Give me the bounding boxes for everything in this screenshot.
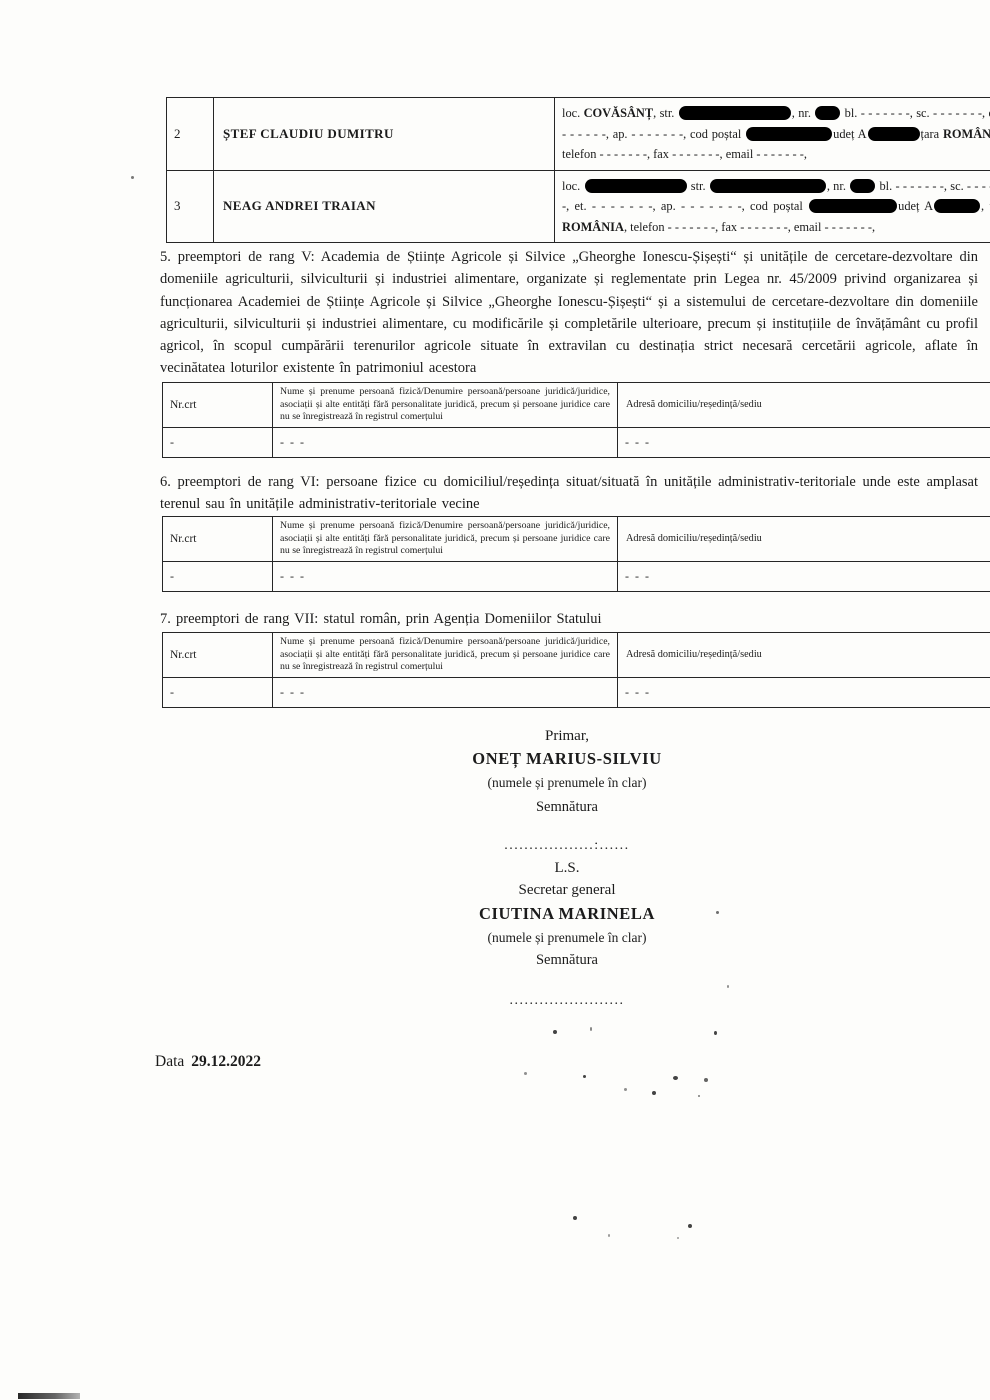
cell-address: - - - [618, 427, 990, 457]
redaction-box [585, 179, 687, 193]
scan-speck [714, 1031, 717, 1035]
signature-dotted-line: ..................:...... [159, 838, 975, 854]
rank-v-table: Nr.crt Nume și prenume persoană fizică/D… [162, 382, 990, 458]
paragraph-rank-vi: 6. preemptori de rang VI: persoane fizic… [160, 471, 978, 516]
table-row: 3 NEAG ANDREI TRAIAN loc. str. , nr. bl.… [167, 170, 990, 243]
col-header-address: Adresă domiciliu/reședință/sediu [618, 633, 990, 678]
redaction-box [934, 199, 980, 213]
mayor-name: ONEȚ MARIUS-SILVIU [159, 749, 975, 769]
secretary-title: Secretar general [159, 882, 975, 899]
scan-speck [583, 1075, 586, 1078]
redaction-box [868, 127, 920, 141]
secretary-name: CIUTINA MARINELA [159, 904, 975, 924]
preemptor-address: loc. str. , nr. bl. - - - - - - -, sc. -… [555, 170, 990, 243]
table-header-row: Nr.crt Nume și prenume persoană fizică/D… [163, 517, 990, 562]
redaction-box [815, 106, 840, 120]
scan-speck [677, 1237, 679, 1239]
signature-dotted-line: ....................... [159, 993, 975, 1009]
col-header-name: Nume și prenume persoană fizică/Denumire… [273, 383, 618, 428]
col-header-name: Nume și prenume persoană fizică/Denumire… [273, 633, 618, 678]
table-header-row: Nr.crt Nume și prenume persoană fizică/D… [163, 633, 990, 678]
scan-speck [573, 1216, 577, 1220]
name-clarity-note: (numele și prenumele în clar) [159, 930, 975, 946]
scan-edge-smudge [18, 1393, 80, 1399]
rank-vi-table: Nr.crt Nume și prenume persoană fizică/D… [162, 516, 990, 592]
cell-address: - - - [618, 677, 990, 707]
scan-speck [688, 1224, 692, 1228]
scan-speck [716, 911, 719, 914]
row-number: 3 [167, 170, 214, 243]
address-text-run: COVĂSÂNȚ [584, 106, 654, 120]
cell-nrcrt: - [163, 677, 273, 707]
address-text-run: , str. [653, 106, 678, 120]
preemptors-list-table: 2 ȘTEF CLAUDIU DUMITRU loc. COVĂSÂNȚ, st… [166, 97, 990, 243]
address-text-run: udeț A [898, 199, 933, 213]
cell-name: - - - [273, 561, 618, 591]
cell-address: - - - [618, 561, 990, 591]
paragraph-rank-v: 5. preemptori de rang V: Academia de Ști… [160, 246, 978, 380]
scan-speck [524, 1072, 527, 1075]
row-number: 2 [167, 98, 214, 171]
preemptor-address: loc. COVĂSÂNȚ, str. , nr. bl. - - - - - … [555, 98, 990, 171]
scan-speck [698, 1095, 700, 1097]
cell-nrcrt: - [163, 427, 273, 457]
address-text-run: loc. [562, 179, 584, 193]
table-row: - - - - - - - [163, 427, 990, 457]
ls-stamp-label: L.S. [159, 860, 975, 877]
redaction-box [809, 199, 897, 213]
scan-speck [624, 1088, 627, 1091]
scan-speck [704, 1078, 708, 1082]
address-text-run: , nr. [792, 106, 815, 120]
address-text-run: ROMÂNIA [943, 127, 990, 141]
address-text-run: loc. [562, 106, 584, 120]
address-text-run: , nr. [827, 179, 849, 193]
col-header-address: Adresă domiciliu/reședință/sediu [618, 517, 990, 562]
address-text-run: țara [921, 127, 943, 141]
date-value: 29.12.2022 [191, 1053, 261, 1070]
col-header-address: Adresă domiciliu/reședință/sediu [618, 383, 990, 428]
cell-name: - - - [273, 677, 618, 707]
address-text-run: , telefon - - - - - - -, fax - - - - - -… [624, 220, 875, 234]
redaction-box [679, 106, 791, 120]
preemptor-name: ȘTEF CLAUDIU DUMITRU [214, 98, 555, 171]
table-header-row: Nr.crt Nume și prenume persoană fizică/D… [163, 383, 990, 428]
rank-vii-table: Nr.crt Nume și prenume persoană fizică/D… [162, 632, 990, 708]
scan-speck [590, 1027, 592, 1031]
name-clarity-note: (numele și prenumele în clar) [159, 775, 975, 791]
col-header-name: Nume și prenume persoană fizică/Denumire… [273, 517, 618, 562]
scanned-document-page: 2 ȘTEF CLAUDIU DUMITRU loc. COVĂSÂNȚ, st… [0, 0, 990, 1400]
cell-nrcrt: - [163, 561, 273, 591]
paragraph-rank-vii: 7. preemptori de rang VII: statul român,… [160, 608, 978, 630]
cell-name: - - - [273, 427, 618, 457]
col-header-nrcrt: Nr.crt [163, 383, 273, 428]
scan-speck [553, 1030, 557, 1034]
col-header-nrcrt: Nr.crt [163, 517, 273, 562]
redaction-box [710, 179, 826, 193]
preemptor-name: NEAG ANDREI TRAIAN [214, 170, 555, 243]
scan-speck [727, 985, 729, 988]
date-label: Data [155, 1053, 184, 1070]
table-row: - - - - - - - [163, 677, 990, 707]
signature-label: Semnătura [159, 952, 975, 969]
scan-speck [131, 176, 134, 179]
document-date: Data29.12.2022 [155, 1053, 261, 1071]
mayor-title: Primar, [159, 728, 975, 745]
address-text-run: udeț A [833, 127, 866, 141]
table-row: 2 ȘTEF CLAUDIU DUMITRU loc. COVĂSÂNȚ, st… [167, 98, 990, 171]
redaction-box [850, 179, 875, 193]
signature-label: Semnătura [159, 799, 975, 816]
address-text-run: , țara [981, 199, 990, 213]
scan-speck [673, 1076, 678, 1080]
redaction-box [746, 127, 832, 141]
scan-speck [652, 1091, 656, 1095]
address-text-run: str. [688, 179, 709, 193]
table-row: - - - - - - - [163, 561, 990, 591]
col-header-nrcrt: Nr.crt [163, 633, 273, 678]
scan-speck [608, 1234, 610, 1237]
address-text-run: ROMÂNIA [562, 220, 624, 234]
